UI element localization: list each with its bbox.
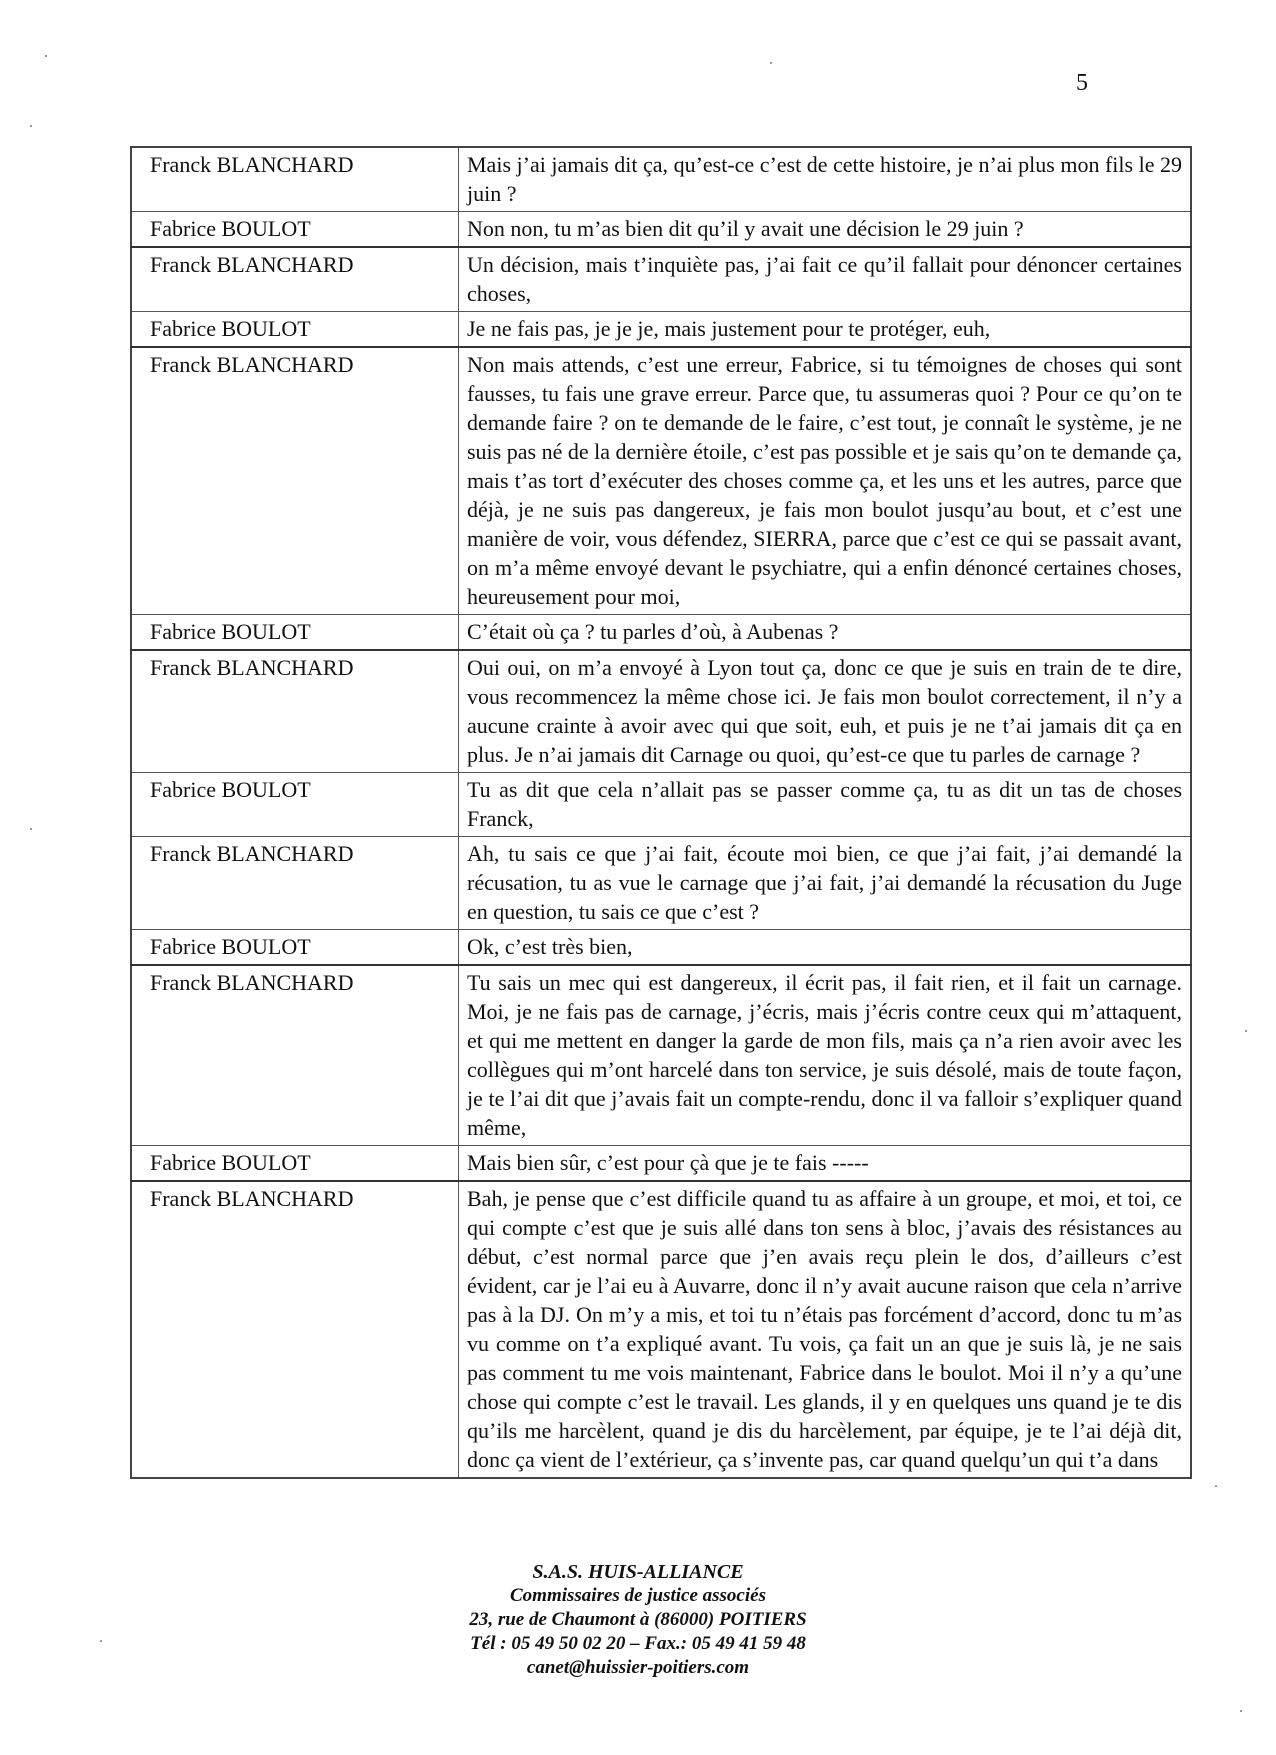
speaker-name: Fabrice BOULOT xyxy=(131,312,459,348)
table-row: Fabrice BOULOTJe ne fais pas, je je je, … xyxy=(131,312,1191,348)
speaker-name: Franck BLANCHARD xyxy=(131,650,459,773)
company-subtitle: Commissaires de justice associés xyxy=(0,1584,1276,1608)
transcript-table: Franck BLANCHARDMais j’ai jamais dit ça,… xyxy=(130,146,1192,1479)
speaker-name: Fabrice BOULOT xyxy=(131,930,459,966)
speech-text: Mais j’ai jamais dit ça, qu’est-ce c’est… xyxy=(459,147,1192,212)
speaker-name: Fabrice BOULOT xyxy=(131,773,459,837)
scan-speck xyxy=(1245,1030,1247,1032)
table-row: Fabrice BOULOTMais bien sûr, c’est pour … xyxy=(131,1146,1191,1182)
table-row: Fabrice BOULOTOk, c’est très bien, xyxy=(131,930,1191,966)
speaker-name: Franck BLANCHARD xyxy=(131,1181,459,1478)
table-row: Fabrice BOULOTNon non, tu m’as bien dit … xyxy=(131,212,1191,248)
speaker-name: Franck BLANCHARD xyxy=(131,247,459,312)
speaker-name: Franck BLANCHARD xyxy=(131,147,459,212)
speech-text: Bah, je pense que c’est difficile quand … xyxy=(459,1181,1192,1478)
speech-text: Ah, tu sais ce que j’ai fait, écoute moi… xyxy=(459,837,1192,930)
speaker-name: Fabrice BOULOT xyxy=(131,1146,459,1182)
table-row: Franck BLANCHARDUn décision, mais t’inqu… xyxy=(131,247,1191,312)
page-number: 5 xyxy=(1076,70,1088,97)
letterhead-footer: S.A.S. HUIS-ALLIANCE Commissaires de jus… xyxy=(0,1560,1276,1680)
scan-speck xyxy=(100,1640,102,1642)
scan-speck xyxy=(30,125,32,127)
table-row: Franck BLANCHARDNon mais attends, c’est … xyxy=(131,347,1191,615)
speaker-name: Franck BLANCHARD xyxy=(131,347,459,615)
speech-text: Un décision, mais t’inquiète pas, j’ai f… xyxy=(459,247,1192,312)
scan-speck xyxy=(770,62,772,64)
company-address: 23, rue de Chaumont à (86000) POITIERS xyxy=(0,1608,1276,1632)
speaker-name: Fabrice BOULOT xyxy=(131,212,459,248)
company-email: canet@huissier-poitiers.com xyxy=(0,1656,1276,1680)
speech-text: Oui oui, on m’a envoyé à Lyon tout ça, d… xyxy=(459,650,1192,773)
table-row: Franck BLANCHARDAh, tu sais ce que j’ai … xyxy=(131,837,1191,930)
speech-text: Non mais attends, c’est une erreur, Fabr… xyxy=(459,347,1192,615)
company-phone-fax: Tél : 05 49 50 02 20 – Fax.: 05 49 41 59… xyxy=(0,1632,1276,1656)
speaker-name: Franck BLANCHARD xyxy=(131,965,459,1146)
scan-speck xyxy=(1215,1485,1217,1487)
speech-text: Ok, c’est très bien, xyxy=(459,930,1192,966)
speech-text: Tu sais un mec qui est dangereux, il écr… xyxy=(459,965,1192,1146)
speech-text: Non non, tu m’as bien dit qu’il y avait … xyxy=(459,212,1192,248)
table-row: Fabrice BOULOTTu as dit que cela n’allai… xyxy=(131,773,1191,837)
speaker-name: Franck BLANCHARD xyxy=(131,837,459,930)
scan-speck xyxy=(45,55,47,57)
speech-text: Je ne fais pas, je je je, mais justement… xyxy=(459,312,1192,348)
speaker-name: Fabrice BOULOT xyxy=(131,615,459,651)
table-row: Franck BLANCHARDMais j’ai jamais dit ça,… xyxy=(131,147,1191,212)
table-row: Franck BLANCHARDOui oui, on m’a envoyé à… xyxy=(131,650,1191,773)
speech-text: Tu as dit que cela n’allait pas se passe… xyxy=(459,773,1192,837)
table-row: Fabrice BOULOTC’était où ça ? tu parles … xyxy=(131,615,1191,651)
speech-text: Mais bien sûr, c’est pour çà que je te f… xyxy=(459,1146,1192,1182)
table-row: Franck BLANCHARDBah, je pense que c’est … xyxy=(131,1181,1191,1478)
scan-speck xyxy=(1240,1710,1242,1712)
speech-text: C’était où ça ? tu parles d’où, à Aubena… xyxy=(459,615,1192,651)
table-row: Franck BLANCHARDTu sais un mec qui est d… xyxy=(131,965,1191,1146)
company-name: S.A.S. HUIS-ALLIANCE xyxy=(0,1560,1276,1584)
scan-speck xyxy=(30,828,32,830)
